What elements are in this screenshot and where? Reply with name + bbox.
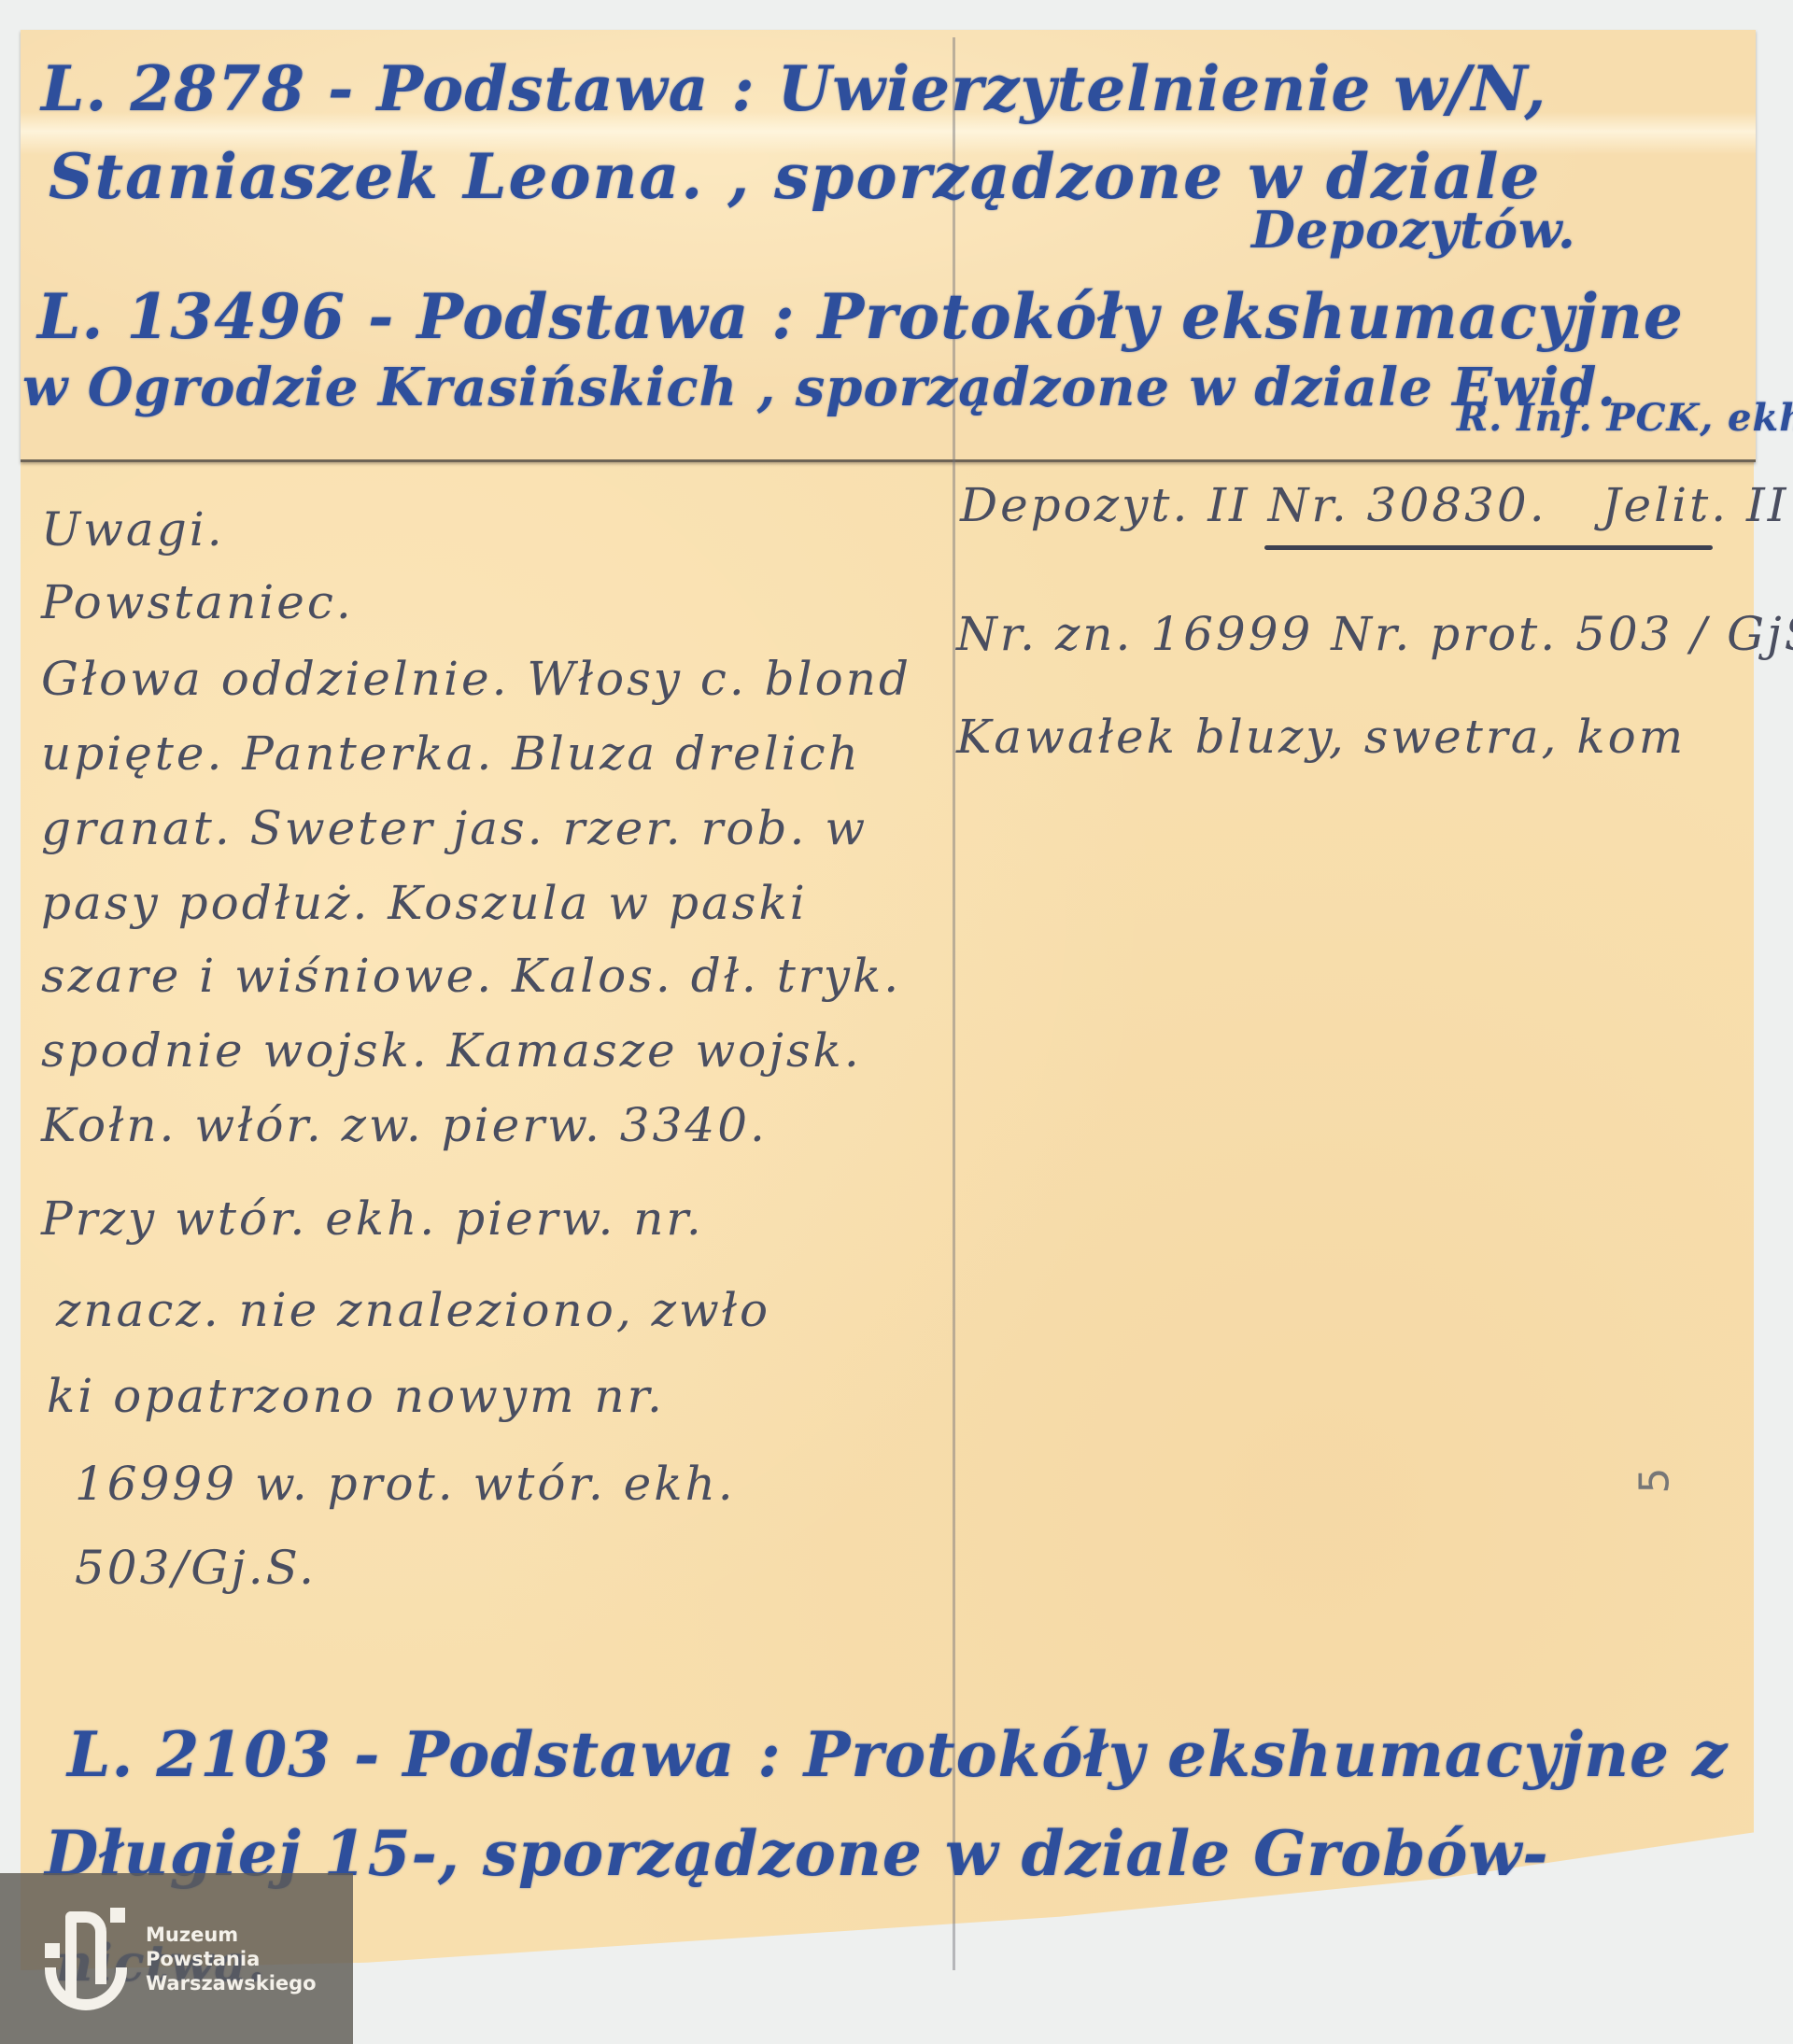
right-line-2: Kawałek bluzy, swetra, kom [956, 710, 1686, 764]
notes-line-12: ki opatrzono nowym nr. [47, 1369, 665, 1423]
museum-name-line-1: Muzeum [146, 1923, 317, 1947]
notes-line-5: granat. Sweter jas. rzer. rob. w [41, 801, 868, 855]
notes-line-4: upięte. Panterka. Bluza drelich [41, 726, 861, 781]
notes-line-8: spodnie wojsk. Kamasze wojsk. [41, 1023, 862, 1078]
notes-line-13: 16999 w. prot. wtór. ekh. [75, 1457, 736, 1511]
deposit-suffix: Jelit. II [1602, 478, 1789, 532]
strip-line-1: L. 2878 - Podstawa : Uwierzytelnienie w/… [41, 52, 1546, 125]
bottom-line-1: L. 2103 - Podstawa : Protokóły ekshumacy… [67, 1718, 1728, 1791]
notes-line-14: 503/Gj.S. [75, 1541, 317, 1595]
notes-line-6: pasy podłuż. Koszula w paski [41, 876, 808, 930]
notes-line-9: Kołn. włór. zw. pierw. 3340. [41, 1098, 768, 1152]
right-line-1: Nr. zn. 16999 Nr. prot. 503 / GjS. [956, 607, 1793, 661]
pencil-mark: 5 [1631, 1468, 1679, 1494]
notes-line-1: Uwagi. [41, 502, 225, 557]
notes-line-10: Przy wtór. ekh. pierw. nr. [41, 1191, 704, 1246]
deposit-underline [1264, 545, 1713, 550]
deposit-header: Depozyt. II Nr. 30830. Jelit. II [960, 478, 1789, 532]
notes-line-2: Powstaniec. [41, 575, 354, 629]
notes-line-3: Głowa oddzielnie. Włosy c. blond [41, 652, 911, 706]
notes-line-7: szare i wiśniowe. Kalos. dł. tryk. [41, 949, 901, 1003]
scanned-document: L. 2878 - Podstawa : Uwierzytelnienie w/… [0, 0, 1793, 2044]
strip-line-5: w Ogrodzie Krasińskich , sporządzone w d… [22, 357, 1617, 418]
notes-line-11: znacz. nie znaleziono, zwło [56, 1283, 770, 1337]
deposit-label: Depozyt. II [960, 478, 1250, 532]
strip-line-3: Depozytów. [1251, 200, 1576, 260]
strip-line-6: R. Inf. PCK, ekh. [1457, 396, 1793, 440]
museum-name: Muzeum Powstania Warszawskiego [146, 1923, 317, 1995]
deposit-number: 30830. [1367, 478, 1547, 532]
deposit-number-label: Nr. [1268, 478, 1349, 532]
museum-name-line-3: Warszawskiego [146, 1971, 317, 1995]
museum-name-line-2: Powstania [146, 1947, 317, 1971]
strip-line-4: L. 13496 - Podstawa : Protokóły ekshumac… [37, 280, 1684, 353]
kotwica-anchor-icon [45, 1908, 129, 2010]
museum-watermark: Muzeum Powstania Warszawskiego [0, 1873, 353, 2044]
